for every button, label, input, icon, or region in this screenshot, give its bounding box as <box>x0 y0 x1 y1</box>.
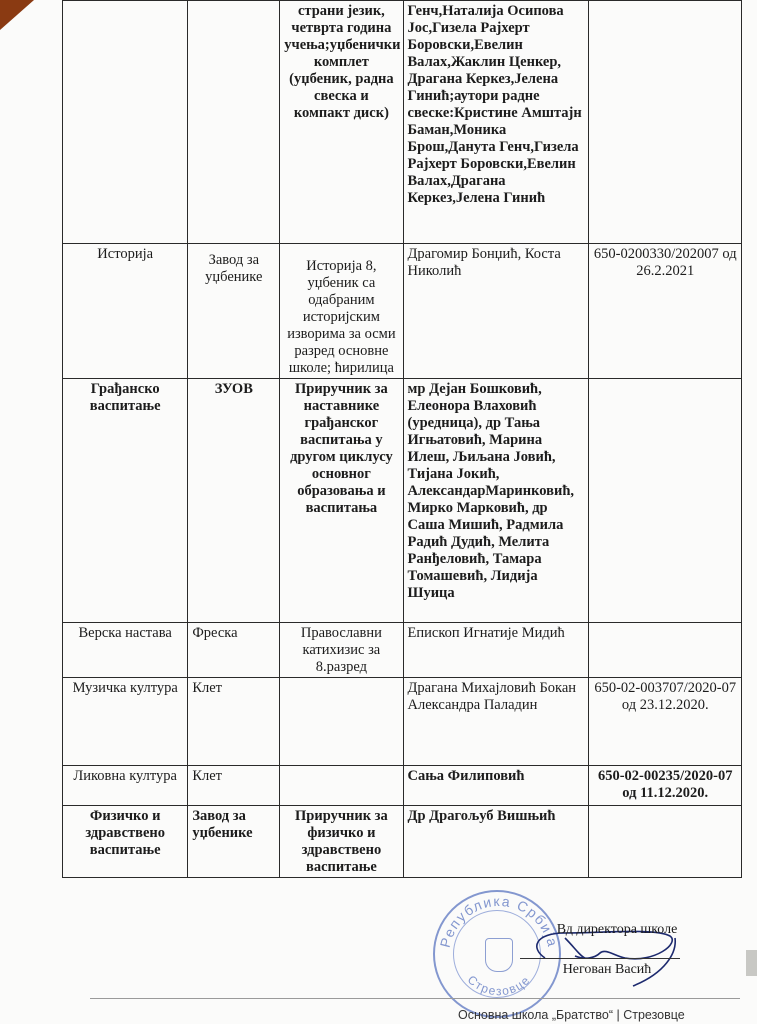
signature-line <box>520 958 680 959</box>
footer-divider <box>90 998 740 999</box>
subject-cell: Историја <box>63 244 188 379</box>
publisher-cell <box>188 1 280 244</box>
publisher-cell: ЗУОВ <box>188 379 280 623</box>
approval-cell: 650-02-00235/2020-07 од 11.12.2020. <box>589 766 742 806</box>
approval-cell <box>589 806 742 878</box>
subject-cell: Верска настава <box>63 623 188 678</box>
authors-cell: Епископ Игнатије Мидић <box>403 623 589 678</box>
signatory-name: Негован Васић <box>522 962 692 978</box>
subject-cell <box>63 1 188 244</box>
table-row: Грађанско васпитање ЗУОВ Приручник за на… <box>63 379 742 623</box>
footer-text: Основна школа „Братство“ | Стрезовце <box>458 1008 685 1022</box>
publisher-cell: Завод за уџбенике <box>188 806 280 878</box>
approval-cell: 650-0200330/202007 од 26.2.2021 <box>589 244 742 379</box>
signature-title: Вд директора школе <box>532 922 702 938</box>
subject-cell: Ликовна култура <box>63 766 188 806</box>
table-row: Историја Завод за уџбенике Историја 8, у… <box>63 244 742 379</box>
authors-cell: Генч,Наталија Осипова Јос,Гизела Рајхерт… <box>403 1 589 244</box>
subject-cell: Музичка култура <box>63 678 188 766</box>
authors-cell: Драгана Михајловић Бокан Александра Пала… <box>403 678 589 766</box>
subject-cell: Физичко и здравствено васпитање <box>63 806 188 878</box>
title-cell: Приручник за физичко и здравствено васпи… <box>280 806 403 878</box>
publisher-cell: Завод за уџбенике <box>188 244 280 379</box>
authors-cell: Др Драгољуб Вишњић <box>403 806 589 878</box>
approval-cell <box>589 379 742 623</box>
authors-cell: Драгомир Бонџић, Коста Николић <box>403 244 589 379</box>
table-row: Ликовна култура Клет Сања Филиповић 650-… <box>63 766 742 806</box>
approval-cell <box>589 1 742 244</box>
title-cell <box>280 766 403 806</box>
table-row: Физичко и здравствено васпитање Завод за… <box>63 806 742 878</box>
publisher-cell: Фреска <box>188 623 280 678</box>
title-cell: Историја 8, уџбеник са одабраним историј… <box>280 244 403 379</box>
publisher-cell: Клет <box>188 766 280 806</box>
authors-cell: мр Дејан Бошковић, Елеонора Влаховић (ур… <box>403 379 589 623</box>
approval-cell <box>589 623 742 678</box>
title-cell: Православни катихизис за 8.разред <box>280 623 403 678</box>
publisher-cell: Клет <box>188 678 280 766</box>
title-cell: страни језик, четврта година учења;уџбен… <box>280 1 403 244</box>
page-edge-shadow <box>746 950 757 976</box>
authors-cell: Сања Филиповић <box>403 766 589 806</box>
approval-cell: 650-02-003707/2020-07 од 23.12.2020. <box>589 678 742 766</box>
table-row: Верска настава Фреска Православни катихи… <box>63 623 742 678</box>
textbook-table: страни језик, четврта година учења;уџбен… <box>62 0 742 878</box>
title-cell: Приручник за наставнике грађанског васпи… <box>280 379 403 623</box>
table-row: Музичка култура Клет Драгана Михајловић … <box>63 678 742 766</box>
table-row: страни језик, четврта година учења;уџбен… <box>63 1 742 244</box>
background-wood-corner <box>0 0 34 30</box>
subject-cell: Грађанско васпитање <box>63 379 188 623</box>
title-cell <box>280 678 403 766</box>
